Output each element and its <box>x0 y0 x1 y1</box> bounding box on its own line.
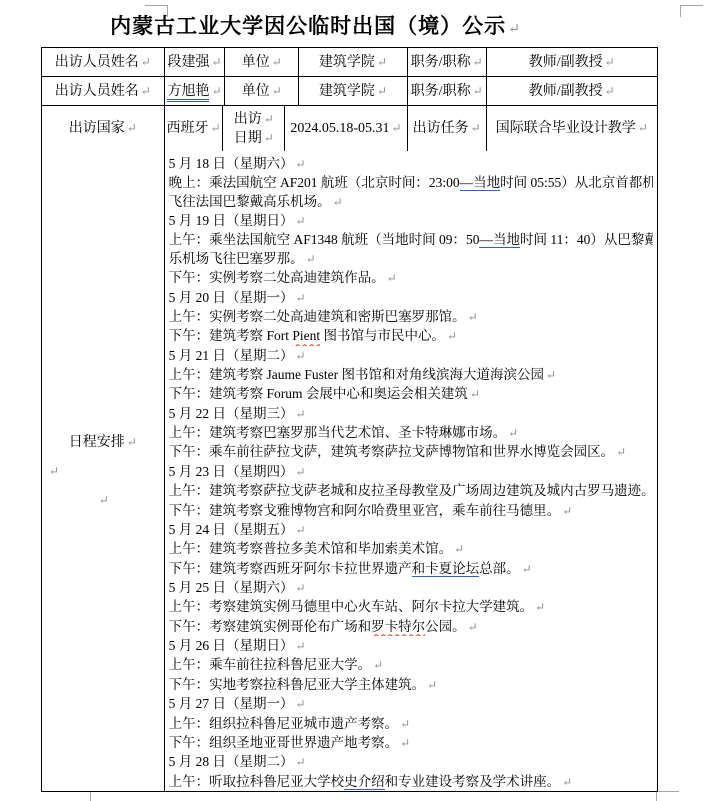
schedule-text: 5 月 22 日（星期三） <box>169 406 294 421</box>
cell-text: 单位 <box>242 84 270 99</box>
paragraph-mark: ↵ <box>373 658 383 672</box>
table-cell: 单位↵ <box>225 48 299 76</box>
cell-line: 西班牙↵ <box>166 119 220 138</box>
table-cell: 职务/职称↵ <box>408 77 487 105</box>
schedule-line: 上午：建筑考察巴塞罗那当代艺术馆、圣卡特琳娜市场。↵ <box>169 423 653 442</box>
schedule-line: 5 月 27 日（星期一）↵ <box>169 694 653 713</box>
cell-text: 教师/副教授 <box>529 84 603 99</box>
paragraph-mark: ↵ <box>473 55 483 69</box>
schedule-cell: 5 月 18 日（星期六）↵晚上：乘法国航空 AF201 航班（北京时间：23:… <box>165 151 657 791</box>
paragraph-mark: ↵ <box>127 435 137 449</box>
table-cell: 建筑学院↵ <box>299 48 408 76</box>
page-corner-mark-bottom-right <box>656 791 679 801</box>
cell-text: 出访人员姓名 <box>55 84 139 99</box>
paragraph-mark: ↵ <box>400 736 410 750</box>
paragraph-mark: ↵ <box>562 775 572 789</box>
schedule-line: 5 月 21 日（星期二）↵ <box>169 346 653 365</box>
paragraph-mark: ↵ <box>508 22 520 37</box>
paragraph-mark: ↵ <box>210 121 220 135</box>
cell-text: 单位 <box>242 55 270 70</box>
schedule-text: 上午：建筑考察巴塞罗那当代艺术馆、圣卡特琳娜市场。 <box>169 425 507 440</box>
schedule-line: 上午：实例考察二处高迪建筑和密斯巴塞罗那馆。↵ <box>169 307 653 326</box>
spellcheck-underline: 方旭艳 <box>167 84 209 102</box>
paragraph-mark: ↵ <box>295 157 305 171</box>
schedule-text: 5 月 26 日（星期日） <box>169 638 294 653</box>
schedule-line: 下午：建筑考察 Forum 会展中心和奥运会相关建筑↵ <box>169 384 653 403</box>
schedule-line: 下午：建筑考察 Fort Pient 图书馆与市民中心。↵ <box>169 326 653 345</box>
cell-line: 教师/副教授↵ <box>529 82 615 101</box>
paragraph-mark: ↵ <box>272 55 282 69</box>
paragraph-mark: ↵ <box>295 697 305 711</box>
paragraph-mark: ↵ <box>400 717 410 731</box>
schedule-line: 上午：建筑考察普拉多美术馆和毕加索美术馆。↵ <box>169 539 653 558</box>
schedule-text: 下午：实例考察二处高迪建筑作品。 <box>169 270 385 285</box>
cell-line: 日期↵ <box>234 129 274 148</box>
schedule-text: 5 月 25 日（星期六） <box>169 580 294 595</box>
paragraph-mark: ↵ <box>49 464 59 478</box>
schedule-text: 时间 05:55）从北京首都机场 <box>500 175 653 190</box>
table-row: 出访国家↵西班牙↵出访↵日期↵2024.05.18-05.31↵出访任务↵国际联… <box>42 106 657 151</box>
word-document-page: 内蒙古工业大学因公临时出国（境）公示↵ 出访人员姓名↵段建强↵单位↵建筑学院↵职… <box>0 0 711 801</box>
table-cell: 国际联合毕业设计教学↵ <box>487 106 657 151</box>
table-cell: 出访国家↵ <box>42 106 165 151</box>
cell-text: 出访任务 <box>413 121 469 136</box>
paragraph-mark: ↵ <box>306 252 316 266</box>
paragraph-mark: ↵ <box>377 55 387 69</box>
cell-line: 日程安排↵ <box>69 433 137 452</box>
empty-paragraph: ↵ <box>97 491 109 510</box>
table-cell: 教师/副教授↵ <box>487 48 657 76</box>
schedule-text: 下午：实地考察拉科鲁尼亚大学主体建筑。 <box>169 677 426 692</box>
paragraph-mark: ↵ <box>546 368 556 382</box>
cell-line: 职务/职称↵ <box>411 82 483 101</box>
schedule-text: 上午：乘坐法国航空 AF1348 航班（当地时间 09：50 <box>169 232 480 247</box>
table-cell: 2024.05.18-05.31↵ <box>285 106 408 151</box>
cell-line: 方旭艳↵ <box>167 82 221 101</box>
schedule-text: 上午：乘车前往拉科鲁尼亚大学。 <box>169 657 372 672</box>
cell-line: 教师/副教授↵ <box>529 53 615 72</box>
schedule-text: 下午：建筑考察 Forum 会展中心和奥运会相关建筑 <box>169 386 468 401</box>
schedule-line: 5 月 22 日（星期三）↵ <box>169 404 653 423</box>
schedule-text: 上午：建筑考察 Jaume Fuster 图书馆和对角线滨海大道海滨公园 <box>169 367 544 382</box>
schedule-text: 下午：乘车前往萨拉戈萨，建筑考察萨拉戈萨博物馆和世界水博览会园区。 <box>169 444 615 459</box>
schedule-text: 和专业建设考察及学术讲座。 <box>385 774 561 789</box>
cell-line: 建筑学院↵ <box>319 82 387 101</box>
schedule-line: 上午：建筑考察萨拉戈萨老城和皮拉圣母教堂及广场周边建筑及城内古罗马遗迹。↵ <box>169 481 653 500</box>
schedule-line: 上午：听取拉科鲁尼亚大学校史介绍和专业建设考察及学术讲座。↵ <box>169 772 653 791</box>
paragraph-mark: ↵ <box>471 121 481 135</box>
schedule-line: 5 月 25 日（星期六）↵ <box>169 578 653 597</box>
schedule-line: 晚上：乘法国航空 AF201 航班（北京时间：23:00—当地时间 05:55）… <box>169 173 653 191</box>
paragraph-mark: ↵ <box>99 493 109 507</box>
table-cell: 出访人员姓名↵ <box>42 48 165 76</box>
schedule-text: 5 月 24 日（星期五） <box>169 522 294 537</box>
paragraph-mark: ↵ <box>377 84 387 98</box>
cell-line: 单位↵ <box>242 82 282 101</box>
schedule-line: 上午：建筑考察 Jaume Fuster 图书馆和对角线滨海大道海滨公园↵ <box>169 365 653 384</box>
schedule-text: 5 月 21 日（星期二） <box>169 348 294 363</box>
cell-line: 出访国家↵ <box>69 119 137 138</box>
table-cell: 单位↵ <box>225 77 299 105</box>
cell-line: 建筑学院↵ <box>319 53 387 72</box>
spellcheck-underline: —当地 <box>479 232 520 248</box>
schedule-text: 5 月 18 日（星期六） <box>169 156 294 171</box>
cell-text: 建筑学院 <box>319 55 375 70</box>
paragraph-mark: ↵ <box>295 465 305 479</box>
schedule-text: 时间 11：40）从巴黎戴高 <box>520 232 653 247</box>
schedule-text: 下午：建筑考察戈雅博物宫和阿尔哈费里亚宫，乘车前往马德里。 <box>169 503 561 518</box>
cell-text: 职务/职称 <box>411 84 471 99</box>
schedule-text: 总部。 <box>479 561 520 576</box>
schedule-text: 上午：建筑考察普拉多美术馆和毕加索美术馆。 <box>169 541 453 556</box>
page-corner-mark-bottom-left <box>68 791 91 801</box>
cell-text: 职务/职称 <box>411 55 471 70</box>
schedule-line: 5 月 24 日（星期五）↵ <box>169 520 653 539</box>
schedule-text: 下午：建筑考察 Fort <box>169 328 293 343</box>
schedule-label: 日程安排 <box>69 435 125 450</box>
info-rows: 出访人员姓名↵段建强↵单位↵建筑学院↵职务/职称↵教师/副教授↵出访人员姓名↵方… <box>42 48 657 151</box>
paragraph-mark: ↵ <box>387 271 397 285</box>
cell-text: 段建强 <box>167 55 209 70</box>
paragraph-mark: ↵ <box>605 84 615 98</box>
page-corner-mark-top-right <box>680 5 703 17</box>
spellcheck-underline: Pient <box>292 328 320 343</box>
spellcheck-underline: 和卡夏论坛 <box>412 561 480 578</box>
paragraph-mark: ↵ <box>295 214 305 228</box>
cell-line: 职务/职称↵ <box>411 53 483 72</box>
paragraph-mark: ↵ <box>295 523 305 537</box>
cell-line: 2024.05.18-05.31↵ <box>290 119 401 138</box>
paragraph-mark: ↵ <box>295 639 305 653</box>
table-cell: 职务/职称↵ <box>408 48 487 76</box>
paragraph-mark: ↵ <box>468 620 478 634</box>
schedule-text: 上午：建筑考察萨拉戈萨老城和皮拉圣母教堂及广场周边建筑及城内古罗马遗迹。 <box>169 483 653 498</box>
paragraph-mark: ↵ <box>264 131 274 145</box>
schedule-line: 5 月 26 日（星期日）↵ <box>169 636 653 655</box>
cell-text: 出访人员姓名 <box>55 55 139 70</box>
schedule-label-cell: 日程安排↵ ↵ ↵ <box>42 151 165 791</box>
schedule-line: 下午：实例考察二处高迪建筑作品。↵ <box>169 268 653 287</box>
schedule-text: 飞往法国巴黎戴高乐机场。 <box>169 194 331 209</box>
empty-paragraph: ↵ <box>42 462 59 481</box>
schedule-text: 5 月 28 日（星期二） <box>169 754 294 769</box>
schedule-text: 下午：组织圣地亚哥世界遗产地考察。 <box>169 735 399 750</box>
schedule-text: 上午：组织拉科鲁尼亚城市遗产考察。 <box>169 716 399 731</box>
schedule-line: 下午：实地考察拉科鲁尼亚大学主体建筑。↵ <box>169 675 653 694</box>
table-cell: 段建强↵ <box>165 48 226 76</box>
table-cell: 出访人员姓名↵ <box>42 77 165 105</box>
schedule-line: 下午：考察建筑实例哥伦布广场和罗卡特尔公园。↵ <box>169 617 653 636</box>
cell-line: 出访人员姓名↵ <box>55 82 151 101</box>
paragraph-mark: ↵ <box>638 121 648 135</box>
cell-text: 2024.05.18-05.31 <box>290 121 389 136</box>
schedule-text: 5 月 19 日（星期日） <box>169 213 294 228</box>
paragraph-mark: ↵ <box>211 84 221 98</box>
document-title-row: 内蒙古工业大学因公临时出国（境）公示↵ <box>0 10 630 40</box>
paragraph-mark: ↵ <box>295 581 305 595</box>
cell-text: 西班牙 <box>166 121 208 136</box>
cell-text: 出访 <box>234 112 262 127</box>
schedule-line: 上午：考察建筑实例马德里中心火车站、阿尔卡拉大学建筑。↵ <box>169 597 653 616</box>
paragraph-mark: ↵ <box>295 407 305 421</box>
spellcheck-underline: —当地 <box>460 175 501 191</box>
schedule-line: 下午：建筑考察戈雅博物宫和阿尔哈费里亚宫，乘车前往马德里。↵ <box>169 501 653 520</box>
paragraph-mark: ↵ <box>295 349 305 363</box>
schedule-line: 上午：乘坐法国航空 AF1348 航班（当地时间 09：50—当地时间 11：4… <box>169 230 653 248</box>
paragraph-mark: ↵ <box>508 426 518 440</box>
schedule-line: 5 月 23 日（星期四）↵ <box>169 462 653 481</box>
table-row: 出访人员姓名↵段建强↵单位↵建筑学院↵职务/职称↵教师/副教授↵ <box>42 48 657 77</box>
paragraph-mark: ↵ <box>473 84 483 98</box>
paragraph-mark: ↵ <box>470 387 480 401</box>
paragraph-mark: ↵ <box>616 445 626 459</box>
cell-text: 建筑学院 <box>319 84 375 99</box>
schedule-text: 上午：听取拉科鲁尼亚大学校 <box>169 774 345 789</box>
schedule-text: 下午：建筑考察西班牙阿尔卡拉世界遗产 <box>169 561 412 576</box>
paragraph-mark: ↵ <box>141 84 151 98</box>
paragraph-mark: ↵ <box>211 55 221 69</box>
cell-line: 出访人员姓名↵ <box>55 53 151 72</box>
schedule-text: 图书馆与市民中心。 <box>320 328 445 343</box>
schedule-line: 5 月 18 日（星期六）↵ <box>169 154 653 173</box>
schedule-line: 乐机场飞往巴塞罗那。↵ <box>169 249 653 268</box>
schedule-text: 5 月 27 日（星期一） <box>169 696 294 711</box>
table-cell: 西班牙↵ <box>165 106 224 151</box>
paragraph-mark: ↵ <box>264 112 274 126</box>
cell-line: 国际联合毕业设计教学↵ <box>496 119 648 138</box>
paragraph-mark: ↵ <box>127 121 137 135</box>
table-cell: 教师/副教授↵ <box>487 77 657 105</box>
paragraph-mark: ↵ <box>427 678 437 692</box>
page-title: 内蒙古工业大学因公临时出国（境）公示 <box>110 14 506 38</box>
paragraph-mark: ↵ <box>333 195 343 209</box>
schedule-line: 飞往法国巴黎戴高乐机场。↵ <box>169 192 653 211</box>
cell-line: 出访↵ <box>234 110 274 129</box>
schedule-line: 5 月 20 日（星期一）↵ <box>169 288 653 307</box>
trip-announcement-table: 出访人员姓名↵段建强↵单位↵建筑学院↵职务/职称↵教师/副教授↵出访人员姓名↵方… <box>41 47 658 792</box>
paragraph-mark: ↵ <box>392 121 402 135</box>
schedule-line: 下午：组织圣地亚哥世界遗产地考察。↵ <box>169 733 653 752</box>
paragraph-mark: ↵ <box>447 329 457 343</box>
cell-text: 国际联合毕业设计教学 <box>496 121 636 136</box>
paragraph-mark: ↵ <box>522 562 532 576</box>
schedule-text: 5 月 23 日（星期四） <box>169 464 294 479</box>
cell-line: 段建强↵ <box>167 53 221 72</box>
schedule-text: 公园。 <box>425 619 466 634</box>
schedule-line: 下午：乘车前往萨拉戈萨，建筑考察萨拉戈萨博物馆和世界水博览会园区。↵ <box>169 442 653 461</box>
spellcheck-underline: 罗卡特尔 <box>371 619 425 634</box>
table-cell: 建筑学院↵ <box>299 77 408 105</box>
cell-text: 教师/副教授 <box>529 55 603 70</box>
schedule-line: 上午：组织拉科鲁尼亚城市遗产考察。↵ <box>169 714 653 733</box>
paragraph-mark: ↵ <box>468 310 478 324</box>
spellcheck-underline: 史介绍 <box>344 774 385 791</box>
cell-line: 单位↵ <box>242 53 282 72</box>
paragraph-mark: ↵ <box>562 504 572 518</box>
schedule-text: 乐机场飞往巴塞罗那。 <box>169 251 304 266</box>
paragraph-mark: ↵ <box>141 55 151 69</box>
table-row: 出访人员姓名↵方旭艳↵单位↵建筑学院↵职务/职称↵教师/副教授↵ <box>42 77 657 106</box>
cell-line: 出访任务↵ <box>413 119 481 138</box>
paragraph-mark: ↵ <box>605 55 615 69</box>
cell-text: 出访国家 <box>69 121 125 136</box>
paragraph-mark: ↵ <box>295 755 305 769</box>
schedule-line: 5 月 19 日（星期日）↵ <box>169 211 653 230</box>
cell-text: 日期 <box>234 131 262 146</box>
table-cell: 方旭艳↵ <box>165 77 226 105</box>
schedule-text: 上午：实例考察二处高迪建筑和密斯巴塞罗那馆。 <box>169 309 466 324</box>
schedule-line: 下午：建筑考察西班牙阿尔卡拉世界遗产和卡夏论坛总部。↵ <box>169 559 653 578</box>
schedule-line: 上午：乘车前往拉科鲁尼亚大学。↵ <box>169 655 653 674</box>
table-cell: 出访任务↵ <box>408 106 487 151</box>
schedule-row: 日程安排↵ ↵ ↵ 5 月 18 日（星期六）↵晚上：乘法国航空 AF201 航… <box>42 151 657 791</box>
paragraph-mark: ↵ <box>295 291 305 305</box>
paragraph-mark: ↵ <box>272 84 282 98</box>
paragraph-mark: ↵ <box>535 600 545 614</box>
paragraph-mark: ↵ <box>454 542 464 556</box>
schedule-line: 5 月 28 日（星期二）↵ <box>169 752 653 771</box>
schedule-text: 5 月 20 日（星期一） <box>169 290 294 305</box>
table-cell: 出访↵日期↵ <box>223 106 285 151</box>
schedule-text: 下午：考察建筑实例哥伦布广场和 <box>169 619 372 634</box>
schedule-text: 上午：考察建筑实例马德里中心火车站、阿尔卡拉大学建筑。 <box>169 599 534 614</box>
schedule-text: 晚上：乘法国航空 AF201 航班（北京时间：23:00 <box>169 175 460 190</box>
